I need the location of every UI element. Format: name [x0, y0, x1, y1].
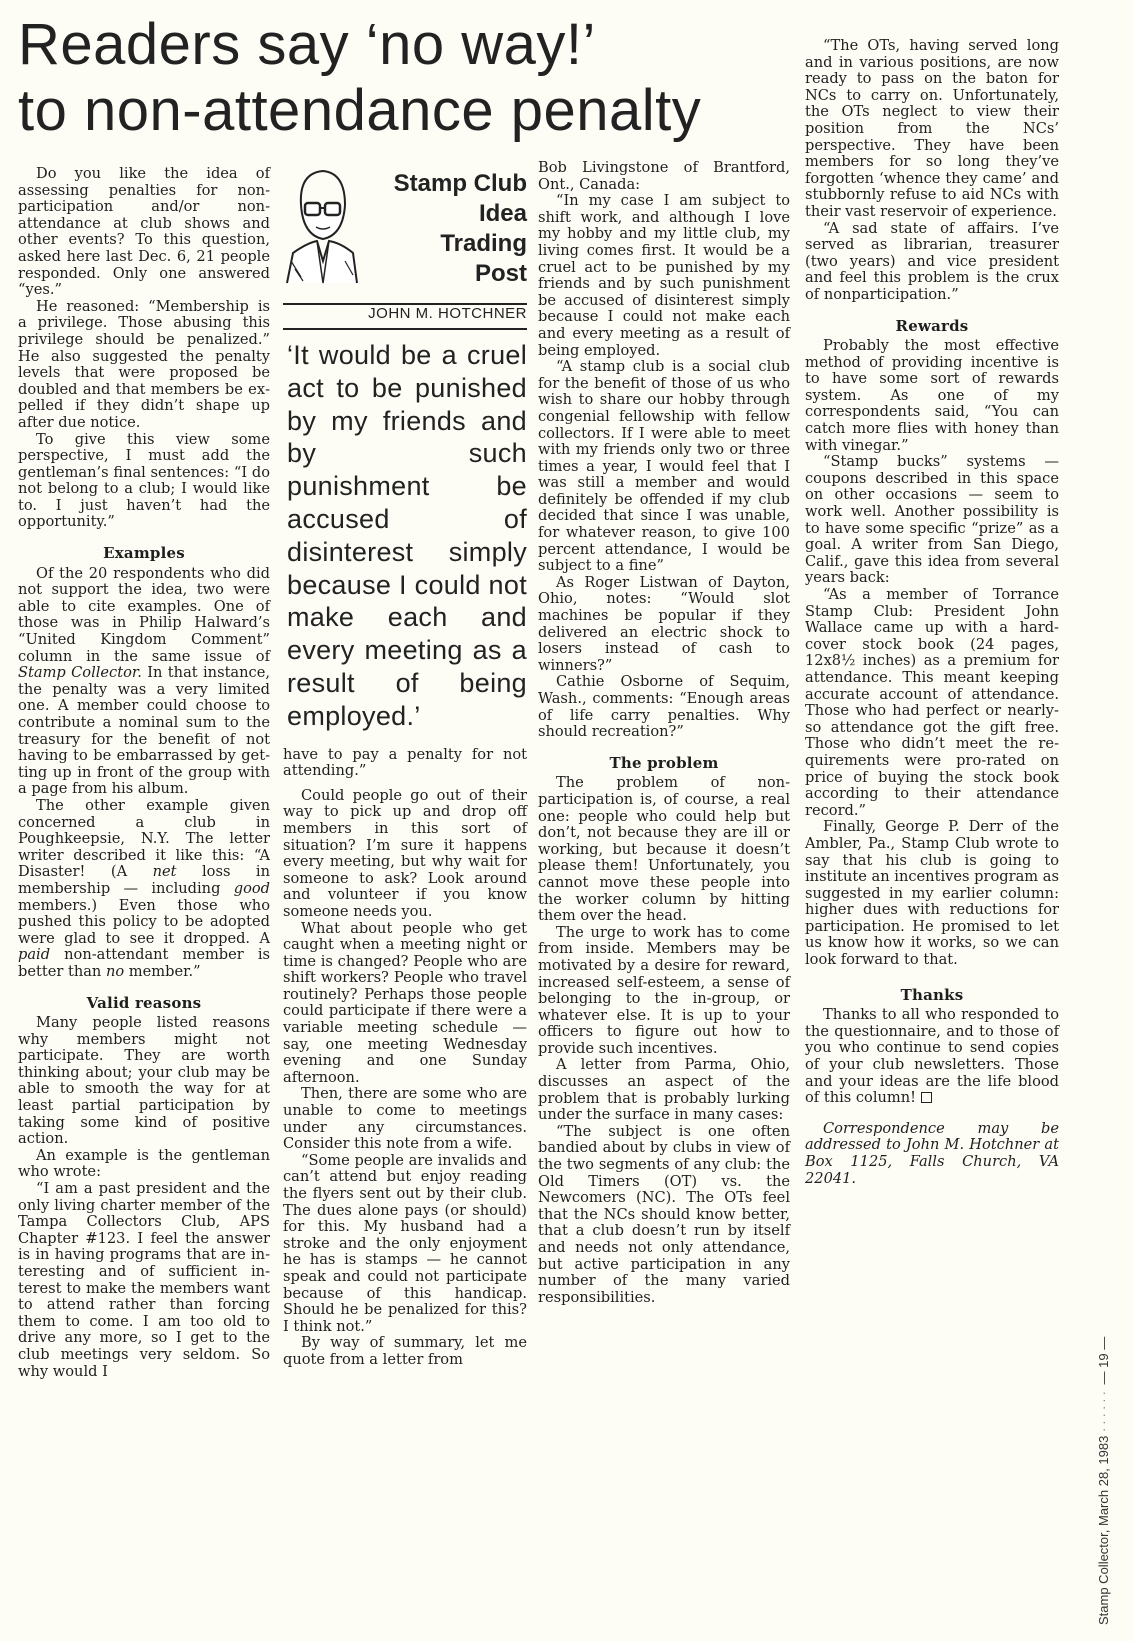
paragraph: Finally, George P. Derr of the Ambler, P… — [805, 819, 1059, 968]
subhead-the-problem: The problem — [538, 755, 790, 772]
paragraph: Cathie Osborne of Sequim, Wash., comment… — [538, 674, 790, 740]
column-logo-title: Stamp Club Idea Trading Post — [394, 169, 527, 289]
paragraph: “A stamp club is a social club for the b… — [538, 359, 790, 575]
article-column-3: Bob Livingstone of Brant­ford, Ont., Can… — [538, 160, 790, 1306]
headline-line-1: Readers say ‘no way!’ — [18, 12, 596, 77]
headline: Readers say ‘no way!’ to non-attendance … — [18, 12, 798, 144]
subhead-valid-reasons: Valid reasons — [18, 995, 270, 1012]
paragraph: To give this view some perspective, I mu… — [18, 432, 270, 532]
paragraph: Then, there are some who are unable to c… — [283, 1086, 527, 1152]
headline-line-2: to non-attendance penalty — [18, 78, 701, 143]
subhead-rewards: Rewards — [805, 318, 1059, 335]
dot-leader: ······ — [1096, 1388, 1111, 1432]
paragraph: Probably the most effec­tive method of p… — [805, 338, 1059, 454]
subhead-thanks: Thanks — [805, 987, 1059, 1004]
page-number: — 19 — — [1096, 1337, 1111, 1385]
publication-date: Stamp Collector, March 28, 1983 — [1096, 1436, 1111, 1625]
pull-quote: ‘It would be a cruel act to be punished … — [283, 339, 527, 733]
paragraph: Many people listed reasons why members m… — [18, 1015, 270, 1148]
paragraph: The other example given concerned a club… — [18, 798, 270, 981]
paragraph: “Some people are invalids and can’t atte… — [283, 1153, 527, 1336]
paragraph: “I am a past president and the only livi… — [18, 1181, 270, 1380]
page-folio: Stamp Collector, March 28, 1983 ······ —… — [1096, 1337, 1111, 1625]
paragraph: “In my case I am subject to shift work, … — [538, 193, 790, 359]
paragraph: have to pay a penalty for not attending.… — [283, 747, 527, 780]
paragraph: An example is the gentleman who wrote: — [18, 1148, 270, 1181]
author-byline: JOHN M. HOTCHNER — [368, 306, 527, 323]
article-column-1: Do you like the idea of assessing penalt… — [18, 166, 270, 1380]
paragraph: The urge to work has to come from inside… — [538, 925, 790, 1058]
paragraph: He reasoned: “Member­ship is a privilege… — [18, 299, 270, 432]
subhead-examples: Examples — [18, 545, 270, 562]
paragraph: The problem of non­participation is, of … — [538, 775, 790, 924]
paragraph: Of the 20 respondents who did not suppor… — [18, 566, 270, 798]
author-portrait-icon — [283, 165, 359, 285]
paragraph: What about people who get caught when a … — [283, 921, 527, 1087]
paragraph: Do you like the idea of assessing penalt… — [18, 166, 270, 299]
paragraph: Bob Livingstone of Brant­ford, Ont., Can… — [538, 160, 790, 193]
paragraph: “Stamp bucks” systems — coupons describe… — [805, 454, 1059, 587]
paragraph: Thanks to all who respond­ed to the ques… — [805, 1007, 1059, 1107]
article-column-2: Stamp Club Idea Trading Post JOHN M. HOT… — [283, 163, 527, 1369]
paragraph: “A sad state of affairs. I’ve served as … — [805, 221, 1059, 304]
divider — [283, 328, 527, 330]
paragraph: “The OTs, having served long and in vari… — [805, 38, 1059, 221]
paragraph: As Roger Listwan of Dayton, Ohio, notes:… — [538, 575, 790, 675]
paragraph: A letter from Parma, Ohio, discusses an … — [538, 1057, 790, 1123]
article-column-4: “The OTs, having served long and in vari… — [805, 38, 1059, 1187]
column-logo: Stamp Club Idea Trading Post JOHN M. HOT… — [283, 163, 527, 333]
correspondence-note: Correspondence may be addressed to John … — [805, 1121, 1059, 1187]
end-mark-icon — [921, 1092, 932, 1103]
paragraph: By way of summary, let me quote from a l… — [283, 1335, 527, 1368]
paragraph: “As a member of Torrance Stamp Club: Pre… — [805, 587, 1059, 819]
paragraph: Could people go out of their way to pick… — [283, 788, 527, 921]
paragraph: “The subject is one often bandied about … — [538, 1124, 790, 1307]
